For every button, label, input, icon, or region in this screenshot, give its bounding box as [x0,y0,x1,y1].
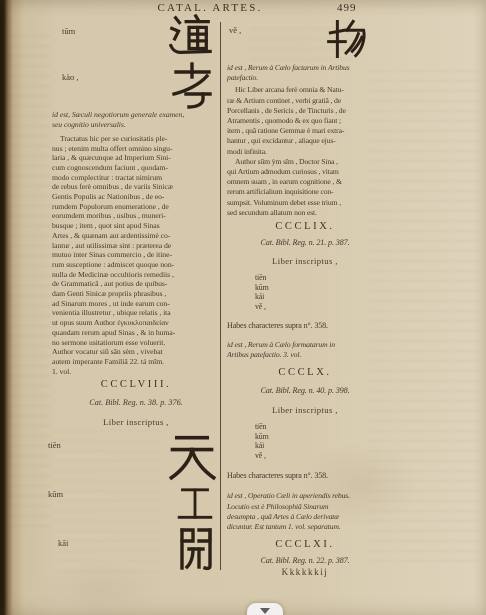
book-page-scan: CATAL. ARTES. 499 [0,0,486,615]
hanzi-kao-glyph [168,60,216,110]
section-359-gloss: id est , Rerum à Cælo formatarum in Arti… [227,340,383,360]
hanzi-kung-glyph [172,484,218,524]
column-divider-rule [220,22,221,570]
section-360-reference: Cat. Bibl. Reg. n. 40. p. 398. [227,386,383,396]
scroll-down-indicator[interactable] [247,603,283,615]
entry-357-gloss: id est, Sæculi negotiorum generale exame… [52,110,220,131]
entry-358-body-2: Author sūm ỳm sīm , Doctor Sina , qui Ar… [227,157,383,218]
section-359-reference: Cat. Bibl. Reg. n. 21. p. 387. [227,238,383,248]
section-360-habes-note: Habes characteres supra n°. 358. [227,471,383,481]
section-358-reference: Cat. Bibl. Reg. n. 38. p. 376. [52,398,220,408]
section-361-reference: Cat. Bibl. Reg. n. 22. p. 387. [227,556,383,566]
section-358-liber-inscriptus: Liber inscriptus , [52,417,220,427]
chevron-down-icon [260,608,270,614]
section-number-361: CCCLXI. [227,539,383,551]
section-number-359: CCCLIX. [227,221,383,233]
romanization-kao: kào , [62,72,79,82]
romanization-kum: kūm [48,489,63,499]
section-359-character-readings: tiēn kūm kái vě , [227,273,383,311]
left-column: id est, Sæculi negotiorum generale exame… [52,110,220,427]
romanization-kai: kāi [58,538,68,548]
section-360-liber-inscriptus: Liber inscriptus , [227,405,383,415]
section-359-habes-note: Habes characteres supra n°. 358. [227,321,383,331]
page-number: 499 [337,2,357,14]
section-360-gloss: id est , Operatio Cæli in aperiendis reb… [227,491,383,532]
right-column: id est , Rerum à Cælo factarum in Artibu… [227,63,383,577]
section-number-360: CCCLX. [227,367,383,379]
bleed-through-right-margin [368,70,480,570]
romanization-tum: tūm [62,26,75,36]
hanzi-wu-glyph [326,18,368,60]
entry-358-gloss: id est , Rerum à Cælo factarum in Artibu… [227,63,383,83]
romanization-ve: vě , [229,25,241,35]
entry-357-body: Tractatus hic per se curiositatis ple- n… [52,134,220,377]
hanzi-tien-glyph [166,428,218,482]
running-head-title: CATAL. ARTES. [55,2,365,14]
section-360-character-readings: tiēn kūm kái vě , [227,422,383,460]
signature-mark: Kkkkkkij [227,567,383,577]
romanization-tien: tiēn [48,440,61,450]
hanzi-kai-glyph [172,524,220,572]
section-number-358: CCCLVIII. [52,379,220,391]
hanzi-tong-glyph [166,14,214,60]
bleed-through-bottom-left [58,430,163,580]
entry-358-body-1: Hic Liber arcana ferè omnia & Natu- ræ &… [227,85,383,156]
section-359-liber-inscriptus: Liber inscriptus , [227,256,383,266]
paper-stain [30,560,170,615]
bleed-through-left-margin [8,35,50,535]
